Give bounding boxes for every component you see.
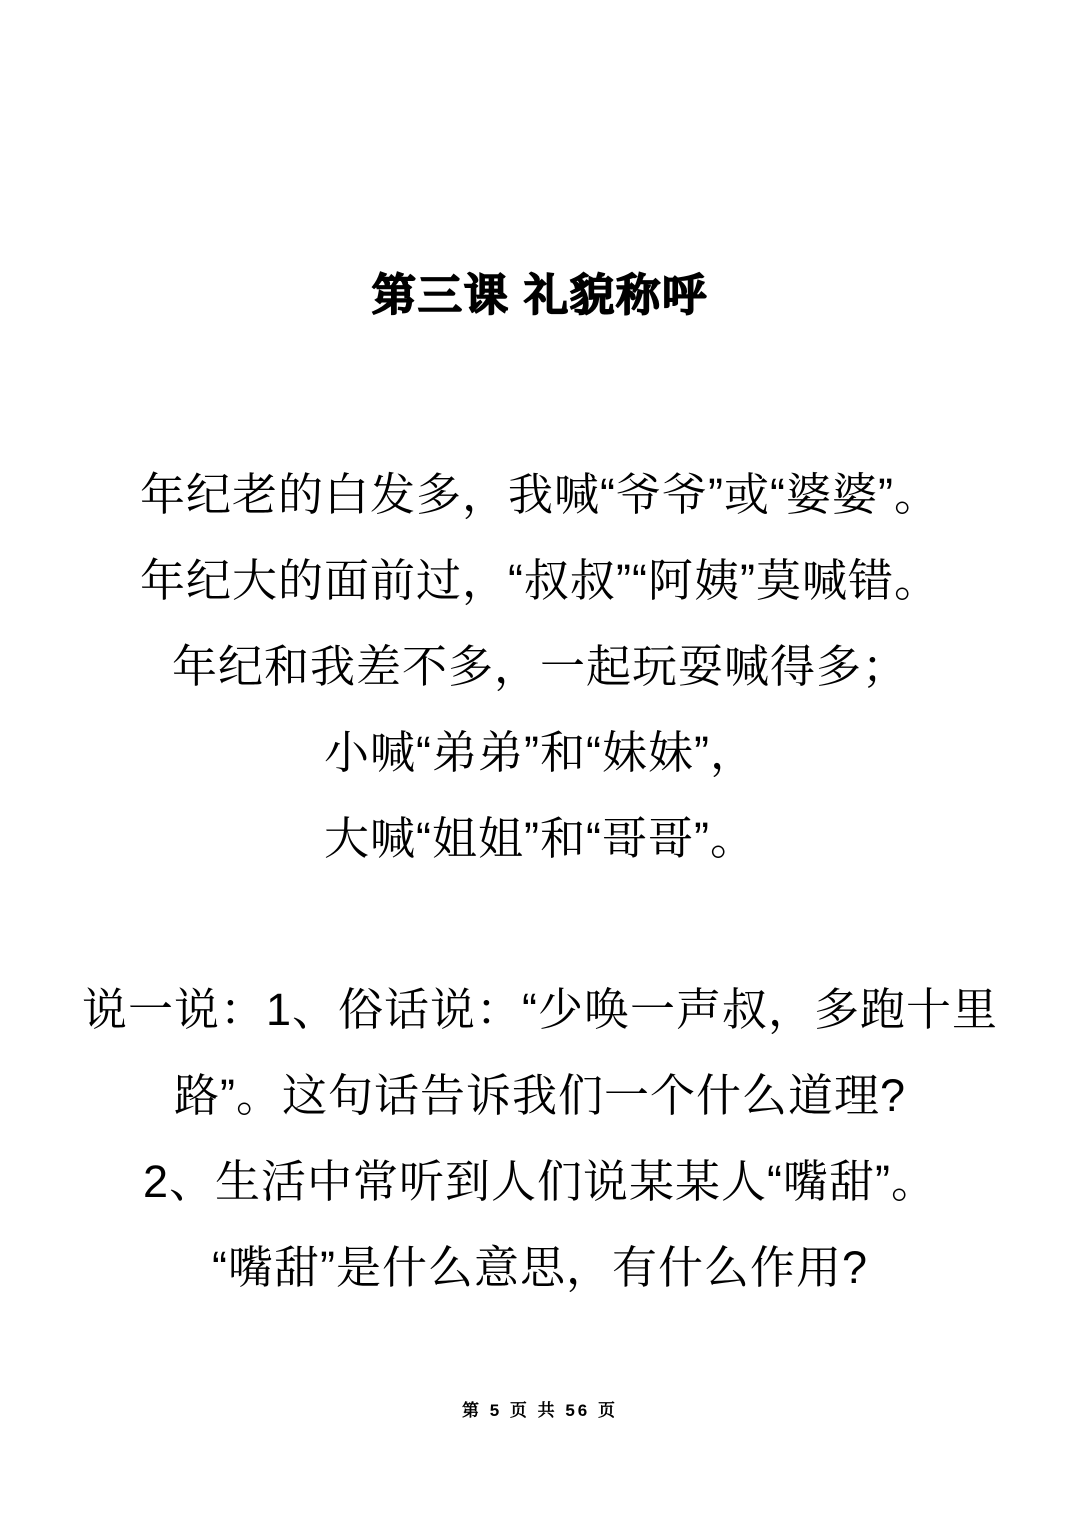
- poem-line: 年纪老的白发多，我喊“爷爷”或“婆婆”。: [0, 452, 1080, 538]
- document-page: 第三课 礼貌称呼 年纪老的白发多，我喊“爷爷”或“婆婆”。 年纪大的面前过，“叔…: [0, 0, 1080, 1527]
- poem-line: 年纪大的面前过，“叔叔”“阿姨”莫喊错。: [0, 538, 1080, 624]
- discussion-line: 说一说：1、俗话说：“少唤一声叔，多跑十里: [0, 967, 1080, 1053]
- poem-line: 小喊“弟弟”和“妹妹”，: [0, 710, 1080, 796]
- discussion-line: 路”。这句话告诉我们一个什么道理?: [0, 1053, 1080, 1139]
- discussion-line: “嘴甜”是什么意思，有什么作用?: [0, 1225, 1080, 1311]
- discussion-section: 说一说：1、俗话说：“少唤一声叔，多跑十里 路”。这句话告诉我们一个什么道理? …: [0, 967, 1080, 1311]
- page-number-footer: 第 5 页 共 56 页: [0, 1398, 1080, 1424]
- page-title: 第三课 礼貌称呼: [0, 268, 1080, 324]
- poem-section: 年纪老的白发多，我喊“爷爷”或“婆婆”。 年纪大的面前过，“叔叔”“阿姨”莫喊错…: [0, 452, 1080, 882]
- poem-line: 年纪和我差不多，一起玩耍喊得多；: [0, 624, 1080, 710]
- discussion-line: 2、生活中常听到人们说某某人“嘴甜”。: [0, 1139, 1080, 1225]
- poem-line: 大喊“姐姐”和“哥哥”。: [0, 796, 1080, 882]
